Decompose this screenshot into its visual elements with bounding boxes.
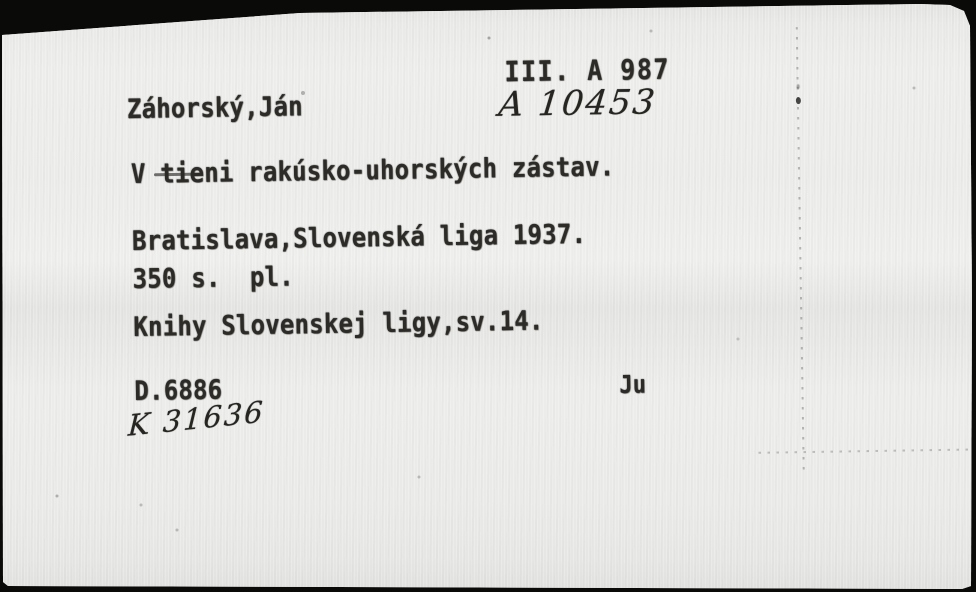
accession-number-handwritten: A 10453 — [497, 85, 658, 122]
title-line: V tieni rakúsko-uhorských zástav. — [131, 153, 615, 187]
scanner-background: III. A 987 A 10453 Záhorský,Ján V tieni … — [0, 0, 976, 592]
imprint-line: Bratislava,Slovenská liga 1937. — [132, 220, 587, 254]
collation-line: 350 s. pl. — [132, 263, 294, 292]
ruled-line-horizontal — [758, 448, 976, 453]
ruled-line-vertical — [796, 27, 805, 471]
ink-dot — [796, 97, 801, 104]
paper-specks — [0, 0, 2, 2]
cataloguer-initials: Ju — [619, 374, 646, 399]
author-heading: Záhorský,Ján — [127, 93, 303, 123]
classification-number: III. A 987 — [504, 55, 670, 86]
series-line: Knihy Slovenskej ligy,sv.14. — [133, 307, 544, 340]
catalog-card: III. A 987 A 10453 Záhorský,Ján V tieni … — [0, 0, 976, 592]
card-content: III. A 987 A 10453 Záhorský,Ján V tieni … — [0, 0, 976, 592]
